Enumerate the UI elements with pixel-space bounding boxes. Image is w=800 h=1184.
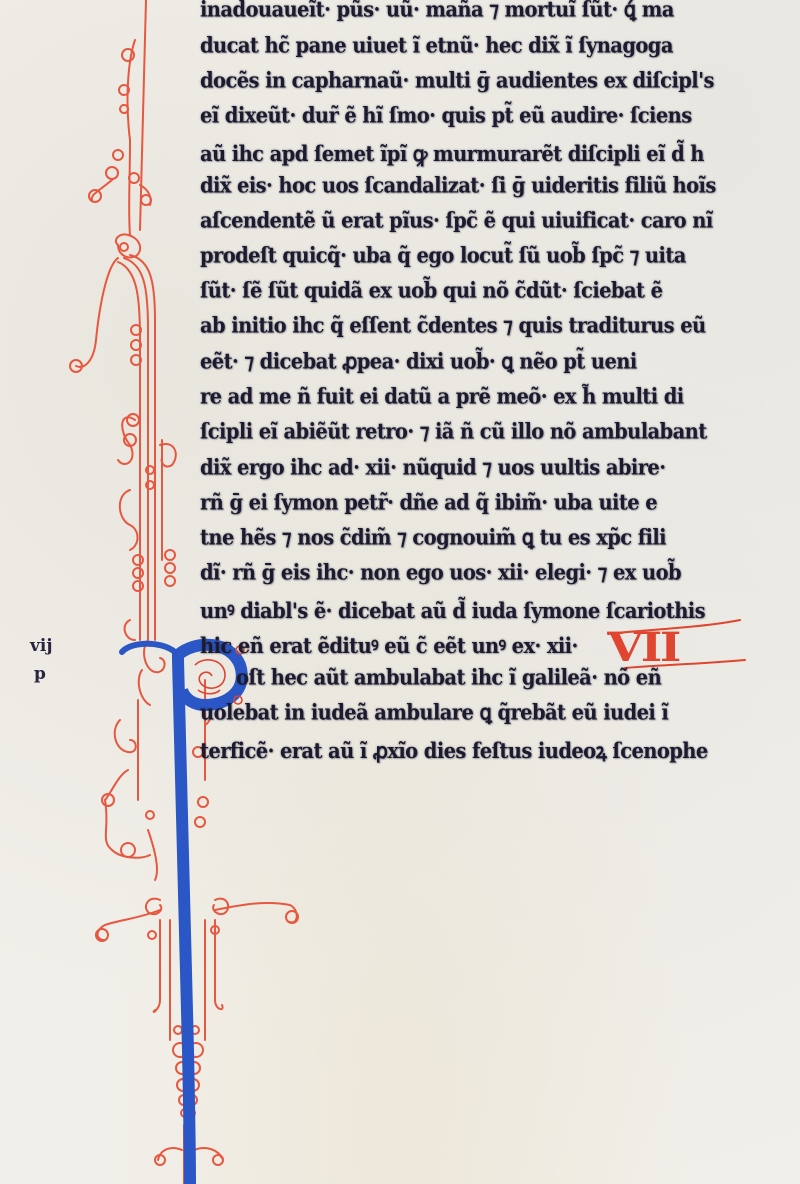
text-line: ſũt· ſẽ ſũt quidã ex uob̃ qui nõ c̃dũt· … xyxy=(200,278,662,317)
text-line: oſt hec aũt ambulabat ihc ĩ galileã· nõ … xyxy=(236,665,661,704)
text-line: ſcipli eĩ abiẽũt retro· ⁊ iã ñ cũ illo n… xyxy=(200,419,707,458)
marginal-note-line-2: p xyxy=(30,660,70,688)
text-line: ducat hc̃ pane uiuet ĩ etnũ· hec dix̃ ĩ … xyxy=(200,33,673,72)
text-line: dĩ· rñ ḡ eis ihc· non ego uos· xii· eleg… xyxy=(200,560,681,599)
text-line: dix̃ ergo ihc ad· xii· nũquid ⁊ uos uult… xyxy=(200,455,665,494)
text-line: uolebat in iudeã ambulare ꝗ q̃rebãt eũ i… xyxy=(200,700,668,739)
marginal-note: vij p xyxy=(30,632,70,688)
text-line: hic eñ erat ẽdituꝰ eũ c̃ eẽt unꝰ ex· xii… xyxy=(200,630,578,669)
text-line: eĩ dixeũt· dur̃ ẽ hĩ ſmo· quis pt̃ eũ au… xyxy=(200,103,692,142)
chapter-marker: VII xyxy=(607,628,679,668)
text-line: tne hẽs ⁊ nos c̃dim̃ ⁊ cognouim̃ ꝗ tu es… xyxy=(200,525,666,564)
text-line: eẽt· ⁊ dicebat ꝓpea· dixi uob̃· ꝗ nẽo pt… xyxy=(200,349,637,388)
text-line: aũ ihc apd ſemet ĩpĩ ꝙ murmurarẽt diſcip… xyxy=(200,138,704,177)
marginal-note-line-1: vij xyxy=(30,632,70,660)
text-line: ab initio ihc q̃ eſſent c̃dentes ⁊ quis … xyxy=(200,313,706,352)
manuscript-page: vij p inadouaueĩt· pũs· uũ· maña ⁊ mortu… xyxy=(0,0,800,1184)
text-line: terficẽ· erat aũ ĩ ꝓxĩo dies feſtus iude… xyxy=(200,735,708,774)
text-line: prodeſt quicq̃· uba q̃ ego locut̃ ſũ uob… xyxy=(200,243,686,282)
text-line: docẽs in capharnaũ· multi ḡ audientes ex… xyxy=(200,68,714,107)
text-line: inadouaueĩt· pũs· uũ· maña ⁊ mortuĩ ſũt·… xyxy=(200,0,674,36)
text-line: dix̃ eis· hoc uos ſcandalizat· ſi ḡ uide… xyxy=(200,173,716,212)
text-line: aſcendentẽ ũ erat pĩus· ſpc̃ ẽ qui uiuif… xyxy=(200,208,713,247)
text-line: rñ ḡ ei ſymon petr̃· dñe ad q̃ ibim̃· ub… xyxy=(200,490,657,529)
text-line: re ad me ñ fuit ei datũ a prẽ meõ· ex h̃… xyxy=(200,384,684,423)
